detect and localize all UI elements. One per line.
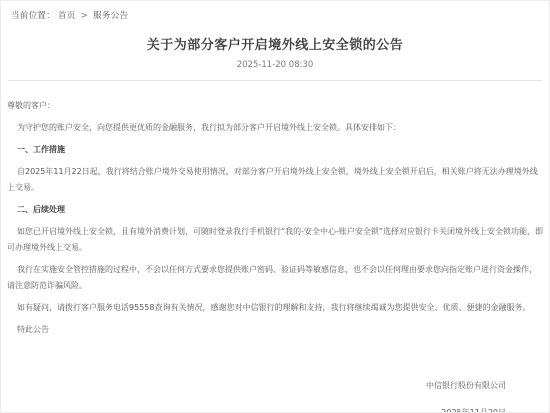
section2-paragraph-2: 我行在实施安全管控措施的过程中，不会以任何方式要求您提供账户密码、验证码等敏感信… [7,262,544,294]
breadcrumb-label: 当前位置： [11,11,55,21]
breadcrumb-link-service-announcements[interactable]: 服务公告 [93,11,128,21]
section1-paragraph: 自2025年11月22日起，我行将结合账户境外交易使用情况，对部分客户开启境外线… [7,164,544,196]
contact-paragraph: 如有疑问，请拨打客户服务电话95558查询有关情况，感谢您对中信银行的理解和支持… [7,300,544,316]
page-title: 关于为部分客户开启境外线上安全锁的公告 [1,34,549,53]
breadcrumb: 当前位置： 首页 > 服务公告 [1,1,549,21]
publish-time: 2025-11-20 08:30 [1,60,549,70]
section1-heading: 一、工作措施 [7,142,544,158]
signature-date: 2025年11月20日 [1,407,506,413]
breadcrumb-separator: > [81,11,88,21]
section2-paragraph-1: 如您已开启境外线上安全锁，且有境外消费计划，可随时登录我行手机银行“我的-安全中… [7,224,544,256]
intro-paragraph: 为守护您的账户安全，向您提供更优质的金融服务，我行拟为部分客户开启境外线上安全锁… [7,120,544,136]
article-body: 尊敬的客户： 为守护您的账户安全，向您提供更优质的金融服务，我行拟为部分客户开启… [1,81,549,338]
signature-company: 中信银行股份有限公司 [1,380,506,391]
breadcrumb-link-home[interactable]: 首页 [58,11,76,21]
section2-heading: 二、后续处理 [7,202,544,218]
announcement-page: 当前位置： 首页 > 服务公告 关于为部分客户开启境外线上安全锁的公告 2025… [0,0,550,413]
signature-block: 中信银行股份有限公司 2025年11月20日 [1,380,549,413]
closing-statement: 特此公告 [7,322,544,338]
salutation: 尊敬的客户： [7,98,544,114]
